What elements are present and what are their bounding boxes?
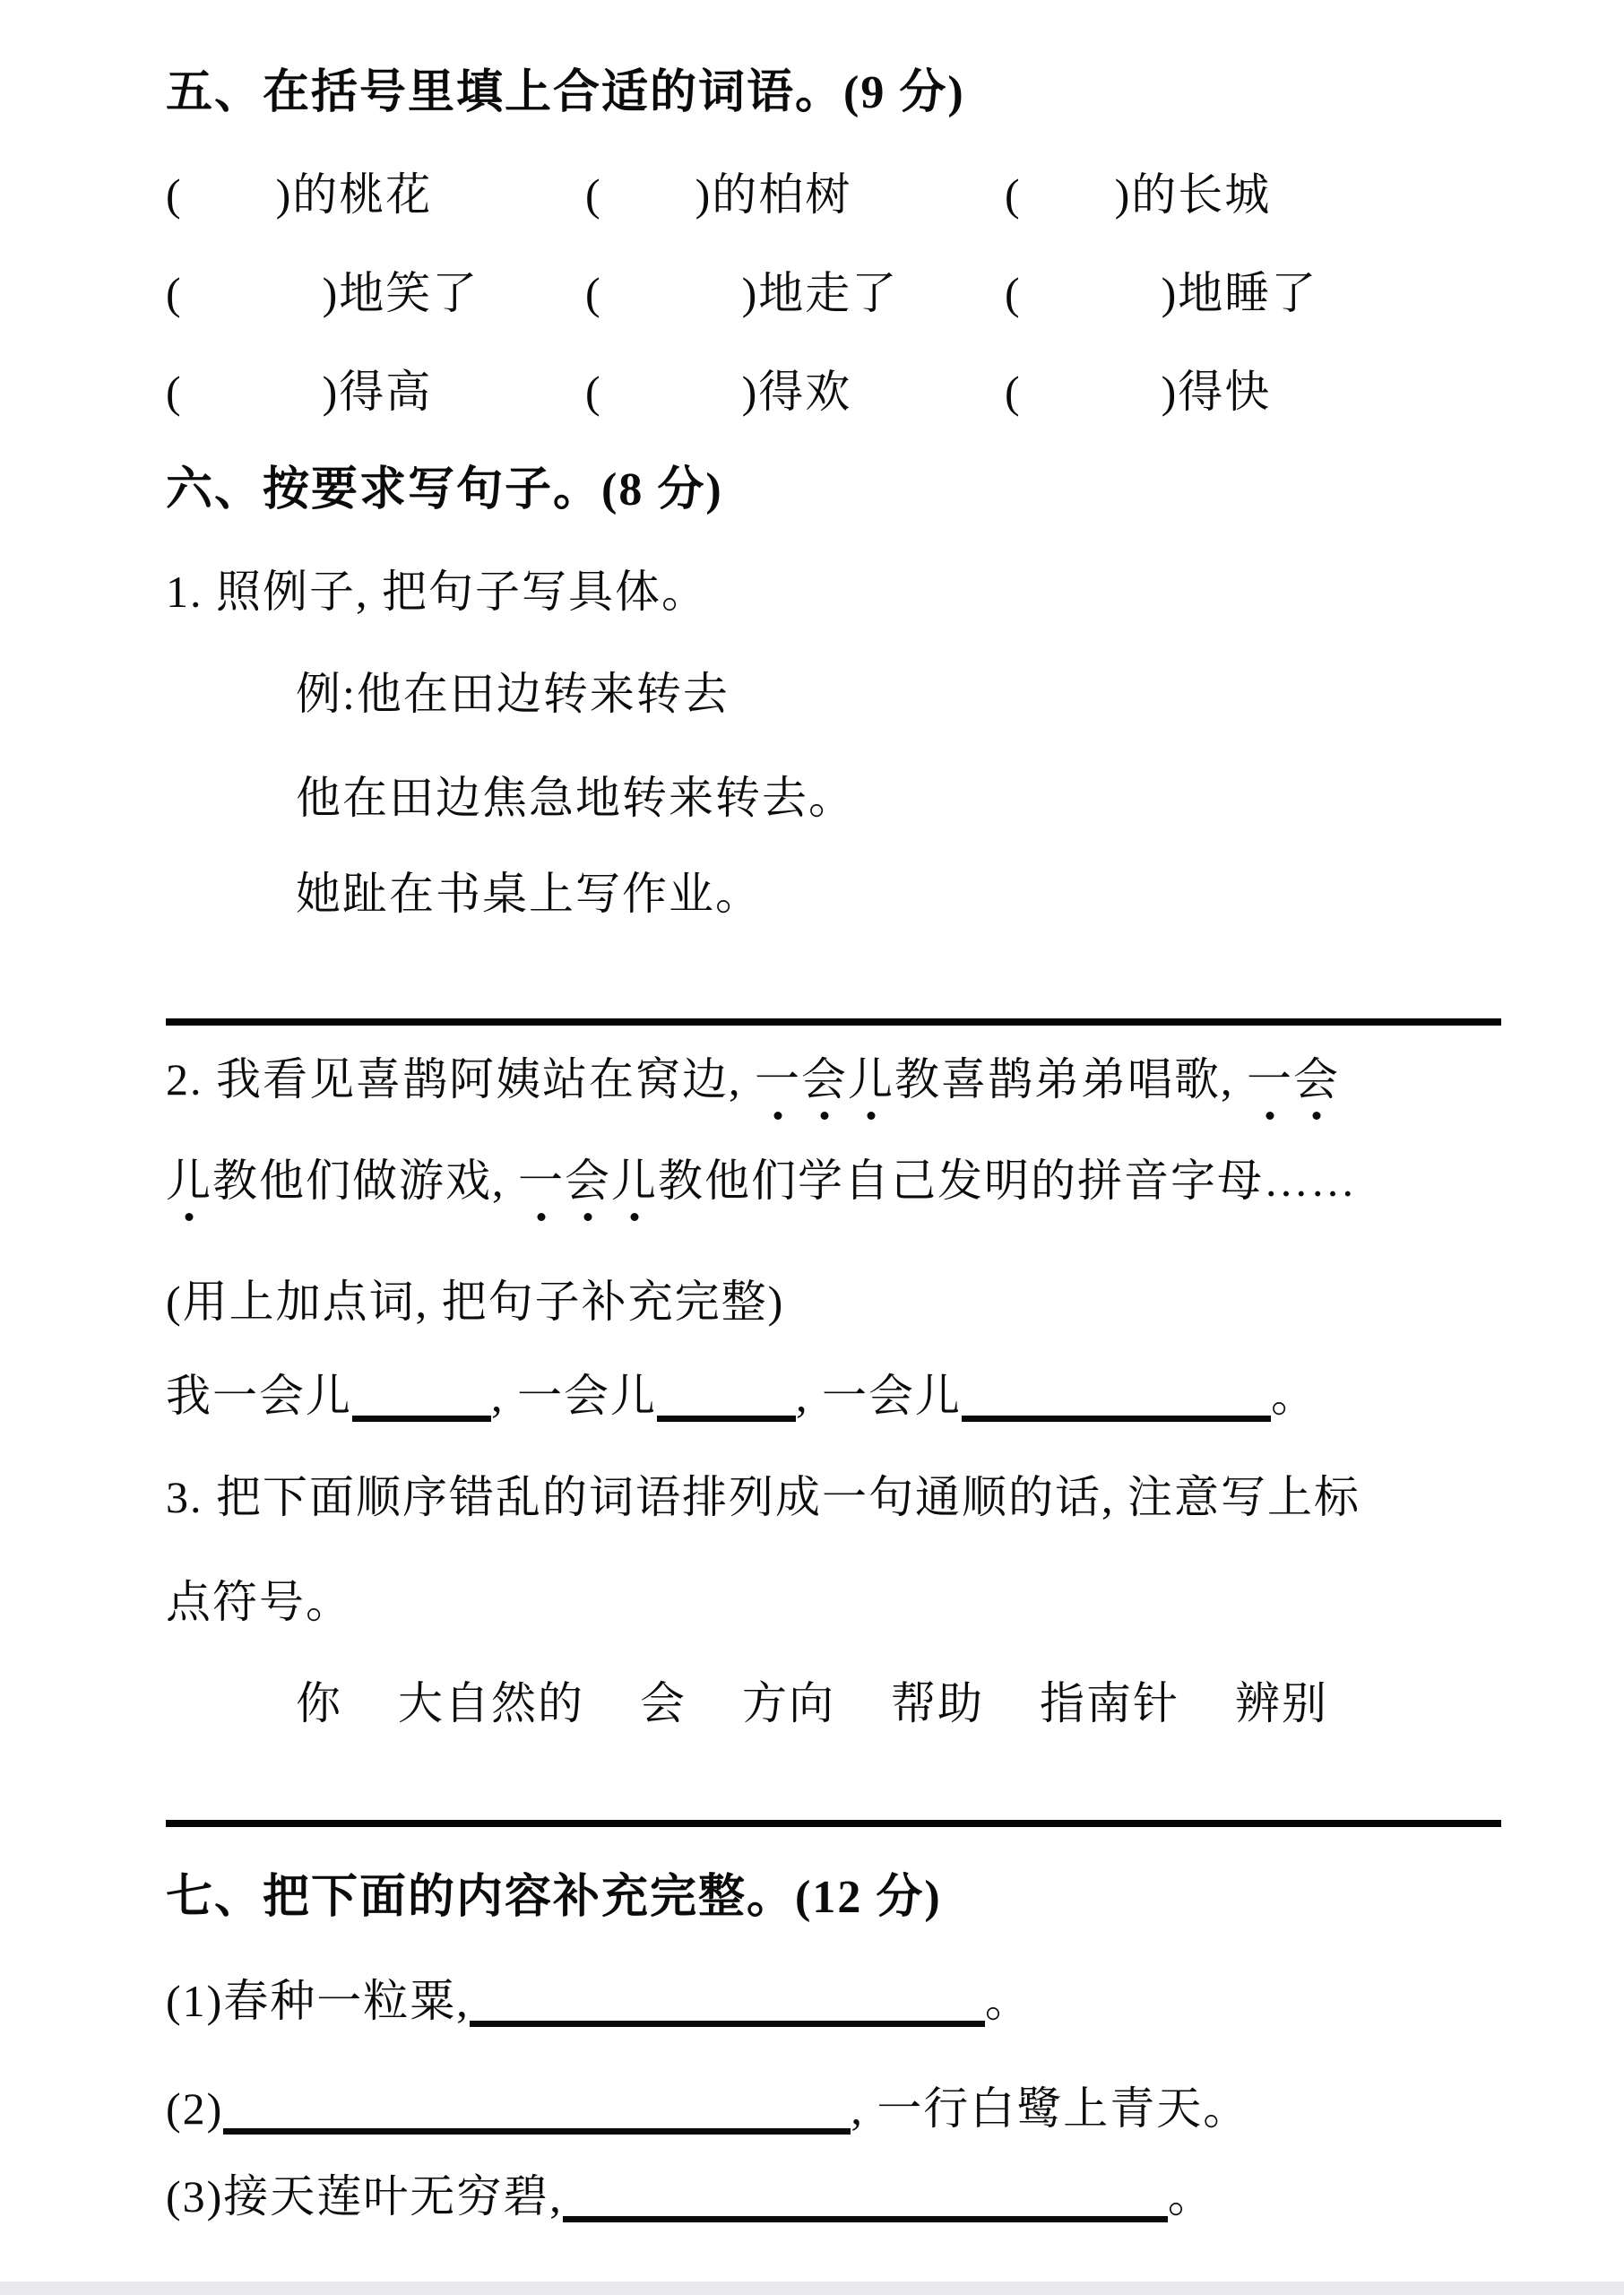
fill-phrase: ( )地笑了 [166,265,585,321]
answer-blank [657,1416,796,1422]
section5-row-1: ( )的桃花 ( )的柏树 ( )的长城 [166,167,1465,222]
answer-blank [563,2216,1168,2222]
q2-note: (用上加点词, 把句子补充完整) [166,1274,784,1329]
emphasized-char: 会 [801,1052,848,1107]
s7-item-2: (2), 一行白鹭上青天。 [166,2081,1249,2136]
fill-phrase: ( )的长城 [1005,167,1424,222]
fill-phrase: ( )地睡了 [1005,265,1424,321]
q1-sentence: 她趾在书桌上写作业。 [296,866,762,922]
emphasized-char: 一 [755,1052,801,1107]
emphasized-char: 会 [565,1153,611,1208]
emphasized-char: 儿 [611,1153,658,1208]
word-bank-item: 会 [640,1676,687,1731]
fill-phrase: ( )地走了 [585,265,1005,321]
fill-phrase: ( )得高 [166,364,585,420]
q3-prompt-line2: 点符号。 [166,1574,352,1630]
word-bank: 你 大自然的 会 方向 帮助 指南针 辨别 [296,1676,1328,1731]
section5-row-3: ( )得高 ( )得欢 ( )得快 [166,364,1465,420]
q2-sentence-line2: 儿教他们做游戏, 一会儿教他们学自己发明的拼音字母…… [166,1153,1357,1208]
q3-prompt-line1: 3. 把下面顺序错乱的词语排列成一句通顺的话, 注意写上标 [166,1469,1361,1525]
section-divider [166,1018,1501,1026]
section-divider [166,1820,1501,1827]
q2-sentence-line1: 2. 我看见喜鹊阿姨站在窝边, 一会儿教喜鹊弟弟唱歌, 一会 [166,1052,1340,1107]
q2-fill-line: 我一会儿, 一会儿, 一会儿。 [166,1368,1317,1424]
s7-item-3: (3)接天莲叶无穷碧,。 [166,2169,1214,2224]
answer-blank [962,1416,1271,1422]
fill-phrase: ( )得欢 [585,364,1005,420]
emphasized-char: 会 [1293,1052,1340,1107]
emphasized-char: 一 [1247,1052,1293,1107]
section7-title: 七、把下面的内容补充完整。(12 分) [166,1870,942,1926]
emphasized-char: 儿 [166,1153,212,1208]
word-bank-item: 你 [296,1676,342,1731]
fill-phrase: ( )得快 [1005,364,1424,420]
word-bank-item: 方向 [742,1676,835,1731]
q1-prompt: 1. 照例子, 把句子写具体。 [166,564,708,619]
word-bank-item: 帮助 [891,1676,984,1731]
section5-row-2: ( )地笑了 ( )地走了 ( )地睡了 [166,265,1465,321]
fill-phrase: ( )的桃花 [166,167,585,222]
word-bank-item: 指南针 [1040,1676,1179,1731]
section6-title: 六、按要求写句子。(8 分) [166,463,723,518]
emphasized-char: 儿 [848,1052,894,1107]
q1-example: 例:他在田边转来转去 [296,666,730,722]
answer-blank [223,2128,851,2135]
answer-blank [470,2021,985,2027]
s7-item-1: (1)春种一粒粟,。 [166,1973,1032,2029]
answer-blank [352,1416,491,1422]
emphasized-char: 一 [518,1153,565,1208]
q1-example-expanded: 他在田边焦急地转来转去。 [296,770,855,826]
worksheet-page: { "page": { "background": "#ffffff", "te… [0,0,1624,2295]
page-edge-strip [0,2282,1624,2295]
word-bank-item: 大自然的 [398,1676,584,1731]
section5-title: 五、在括号里填上合适的词语。(9 分) [166,65,965,121]
fill-phrase: ( )的柏树 [585,167,1005,222]
word-bank-item: 辨别 [1235,1676,1328,1731]
